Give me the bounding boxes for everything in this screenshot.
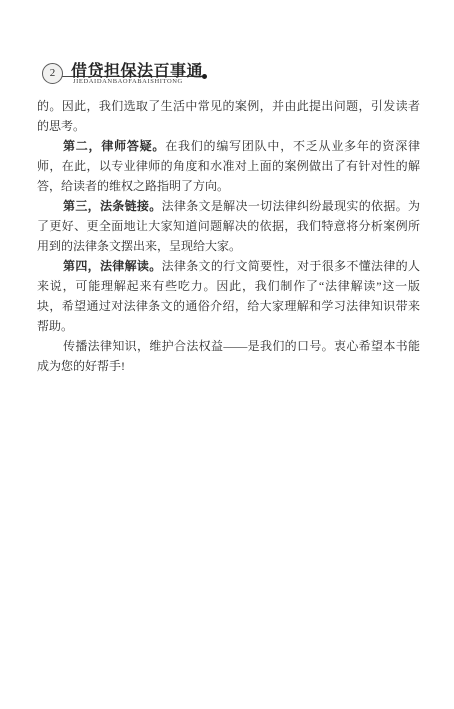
- text-line: 块，希望通过对法律条文的通俗介绍，给大家理解和学习法律知识带来: [37, 296, 420, 316]
- paragraph-text: 帮助。: [37, 319, 73, 333]
- book-page: 2 借贷担保法百事通 JIEDAIDANBAOFABAISHITONG 的。因此…: [0, 0, 454, 709]
- paragraph-text: 师，在此，以专业律师的角度和水准对上面的案例做出了有针对性的解: [37, 159, 420, 173]
- text-line: 第四，法律解读。法律条文的行文简要性，对于很多不懂法律的人: [37, 256, 420, 276]
- book-title-pinyin: JIEDAIDANBAOFABAISHITONG: [73, 78, 183, 85]
- text-line: 传播法律知识，维护合法权益——是我们的口号。衷心希望本书能: [37, 336, 420, 356]
- text-line: 来说，可能理解起来有些吃力。因此，我们制作了“法律解读”这一版: [37, 276, 420, 296]
- text-line: 第二，律师答疑。在我们的编写团队中，不乏从业多年的资深律: [37, 136, 420, 156]
- text-line: 的思考。: [37, 116, 420, 136]
- paragraph-text: 法律条文的行文简要性，对于很多不懂法律的人: [162, 259, 420, 273]
- paragraph-text: 块，希望通过对法律条文的通俗介绍，给大家理解和学习法律知识带来: [37, 299, 420, 313]
- paragraph-text: 在我们的编写团队中，不乏从业多年的资深律: [165, 139, 420, 153]
- text-line: 成为您的好帮手!: [37, 356, 420, 376]
- text-line: 帮助。: [37, 316, 420, 336]
- paragraph-text: 法律条文是解决一切法律纠纷最现实的依据。为: [162, 199, 420, 213]
- paragraph-text: 来说，可能理解起来有些吃力。因此，我们制作了“法律解读”这一版: [37, 279, 420, 293]
- header-end-dot-icon: [202, 74, 207, 79]
- lead-in-bold-text: 第四，法律解读。: [63, 259, 162, 273]
- text-line: 用到的法律条文摆出来，呈现给大家。: [37, 236, 420, 256]
- page-number-badge: 2: [42, 63, 63, 84]
- lead-in-bold-text: 第三，法条链接。: [63, 199, 162, 213]
- text-line: 了更好、更全面地让大家知道问题解决的依据，我们特意将分析案例所: [37, 216, 420, 236]
- text-line: 师，在此，以专业律师的角度和水准对上面的案例做出了有针对性的解: [37, 156, 420, 176]
- paragraph-text: 传播法律知识，维护合法权益——是我们的口号。衷心希望本书能: [63, 339, 420, 353]
- lead-in-bold-text: 第二，律师答疑。: [63, 139, 165, 153]
- paragraph-text: 了更好、更全面地让大家知道问题解决的依据，我们特意将分析案例所: [37, 219, 420, 233]
- running-head: 2 借贷担保法百事通 JIEDAIDANBAOFABAISHITONG: [42, 61, 217, 89]
- text-line: 答，给读者的维权之路指明了方向。: [37, 176, 420, 196]
- paragraph-text: 答，给读者的维权之路指明了方向。: [37, 179, 229, 193]
- paragraph-text: 的思考。: [37, 119, 85, 133]
- text-line: 的。因此，我们选取了生活中常见的案例，并由此提出问题，引发读者: [37, 96, 420, 116]
- paragraph-text: 成为您的好帮手!: [37, 359, 125, 373]
- text-line: 第三，法条链接。法律条文是解决一切法律纠纷最现实的依据。为: [37, 196, 420, 216]
- body-text: 的。因此，我们选取了生活中常见的案例，并由此提出问题，引发读者的思考。第二，律师…: [37, 96, 420, 376]
- paragraph-text: 的。因此，我们选取了生活中常见的案例，并由此提出问题，引发读者: [37, 99, 420, 113]
- paragraph-text: 用到的法律条文摆出来，呈现给大家。: [37, 239, 241, 253]
- page-number: 2: [50, 67, 56, 79]
